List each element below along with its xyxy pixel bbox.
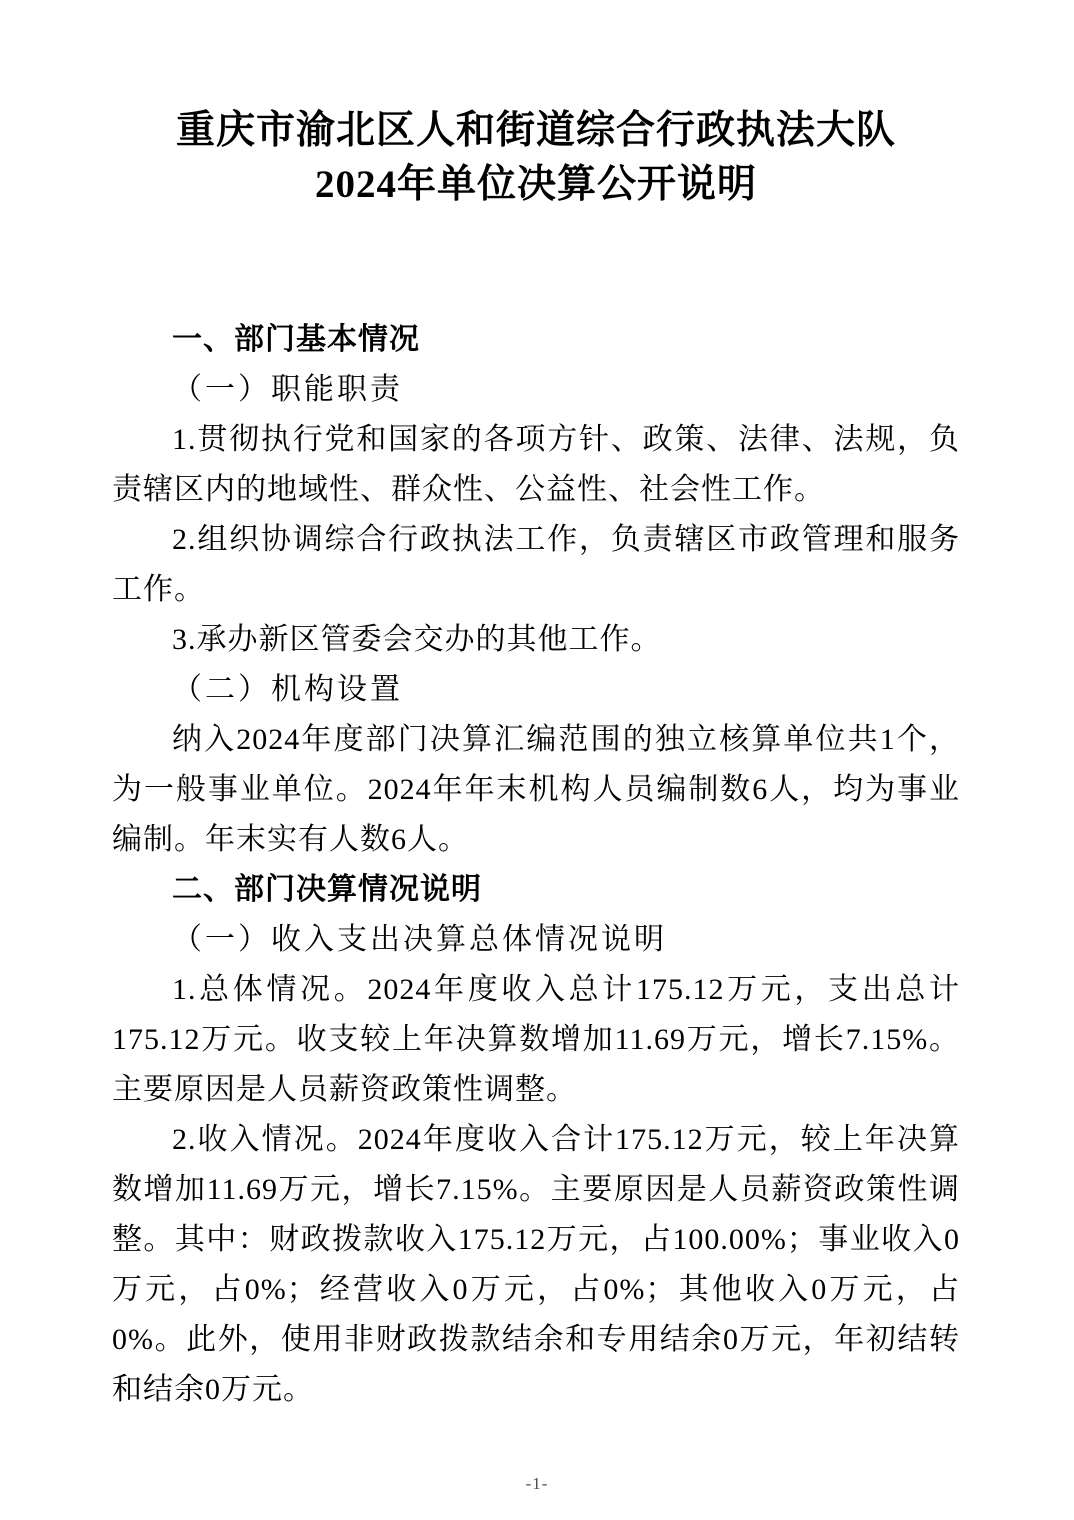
document-title-line-2: 2024年单位决算公开说明 xyxy=(112,158,960,212)
section-heading-basic-info: 一、部门基本情况 xyxy=(112,315,960,365)
document-body: 一、部门基本情况 （一）职能职责 1.贯彻执行党和国家的各项方针、政策、法律、法… xyxy=(112,315,960,1415)
paragraph-income-situation: 2.收入情况。2024年度收入合计175.12万元，较上年决算数增加11.69万… xyxy=(112,1115,960,1415)
paragraph-duty-2: 2.组织协调综合行政执法工作，负责辖区市政管理和服务工作。 xyxy=(112,515,960,615)
paragraph-overall-situation: 1.总体情况。2024年度收入总计175.12万元，支出总计175.12万元。收… xyxy=(112,965,960,1115)
document-content: 重庆市渝北区人和街道综合行政执法大队 2024年单位决算公开说明 一、部门基本情… xyxy=(0,0,1074,1415)
paragraph-structure: 纳入2024年度部门决算汇编范围的独立核算单位共1个，为一般事业单位。2024年… xyxy=(112,715,960,865)
document-page: 重庆市渝北区人和街道综合行政执法大队 2024年单位决算公开说明 一、部门基本情… xyxy=(0,0,1074,1520)
page-number: -1- xyxy=(0,1474,1074,1494)
section-heading-final-accounts: 二、部门决算情况说明 xyxy=(112,865,960,915)
paragraph-duty-3: 3.承办新区管委会交办的其他工作。 xyxy=(112,615,960,665)
paragraph-duty-1: 1.贯彻执行党和国家的各项方针、政策、法律、法规，负责辖区内的地域性、群众性、公… xyxy=(112,415,960,515)
document-title: 重庆市渝北区人和街道综合行政执法大队 2024年单位决算公开说明 xyxy=(112,104,960,212)
subsection-heading-overall: （一）收入支出决算总体情况说明 xyxy=(112,915,960,965)
subsection-heading-duties: （一）职能职责 xyxy=(112,365,960,415)
subsection-heading-structure: （二）机构设置 xyxy=(112,665,960,715)
document-title-line-1: 重庆市渝北区人和街道综合行政执法大队 xyxy=(112,104,960,158)
